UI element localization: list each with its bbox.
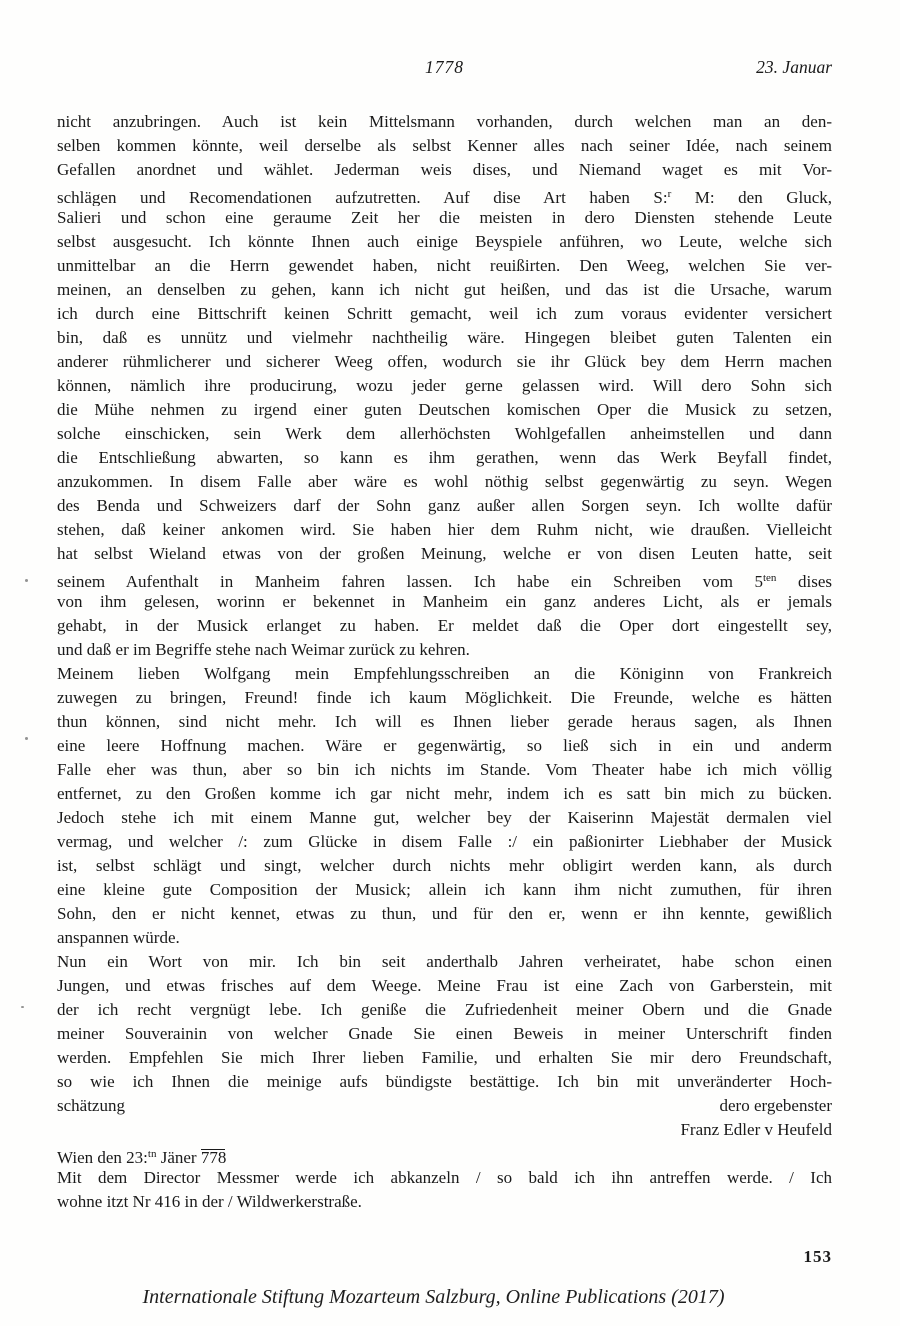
closing-row: schätzung dero ergebenster <box>57 1094 832 1118</box>
text-line: anderer rühmlicherer und sicherer Weeg o… <box>57 350 832 374</box>
running-header: 1778 23. Januar <box>57 55 832 79</box>
text-line: selbst ausgesucht. Ich könnte Ihnen auch… <box>57 230 832 254</box>
text-segment: seinem Aufenthalt in Manheim fahren lass… <box>57 572 763 590</box>
scan-speck <box>25 579 28 582</box>
text-line: gehabt, in der Musick erlanget zu haben.… <box>57 614 832 638</box>
text-line: so wie ich Ihnen die meinige aufs bündig… <box>57 1070 832 1094</box>
text-line: Salieri und schon eine geraume Zeit her … <box>57 206 832 230</box>
text-line: wohne itzt Nr 416 in der / Wildwerkerstr… <box>57 1190 832 1214</box>
text-line: anzukommen. In disem Falle aber wäre es … <box>57 470 832 494</box>
text-line: ist, selbst schlägt und singt, welcher d… <box>57 854 832 878</box>
header-year: 1778 <box>425 55 464 79</box>
text-line: zuwegen zu bringen, Freund! finde ich ka… <box>57 686 832 710</box>
text-line: werden. Empfehlen Sie mich Ihrer lieben … <box>57 1046 832 1070</box>
overlined-text: 778 <box>201 1148 227 1166</box>
text-line: von ihm gelesen, worinn er bekennet in M… <box>57 590 832 614</box>
header-date: 23. Januar <box>756 55 832 79</box>
letter-body: nicht anzubringen. Auch ist kein Mittels… <box>57 110 832 1094</box>
text-line: hat selbst Wieland etwas von der großen … <box>57 542 832 566</box>
text-segment: Jäner <box>156 1148 200 1166</box>
text-line: entfernet, zu den Großen komme ich gar n… <box>57 782 832 806</box>
text-line: ich durch eine Bittschrift keinen Schrit… <box>57 302 832 326</box>
text-line: der ich recht vergnügt lebe. Ich geniße … <box>57 998 832 1022</box>
footer-credit: Internationale Stiftung Mozarteum Salzbu… <box>46 1286 821 1309</box>
valediction: dero ergebenster <box>720 1094 833 1118</box>
text-line: solche einschicken, sein Werk dem allerh… <box>57 422 832 446</box>
text-line: anspannen würde. <box>57 926 832 950</box>
text-column: 1778 23. Januar nicht anzubringen. Auch … <box>57 0 832 1309</box>
text-line: können, nämlich ihre producirung, wozu j… <box>57 374 832 398</box>
text-line: unmittelbar an die Herrn gewendet haben,… <box>57 254 832 278</box>
text-segment: dises <box>776 572 832 590</box>
text-line: schlägen und Recomendationen aufzutrette… <box>57 182 832 206</box>
text-line: die Mühe nehmen zu irgend einer guten De… <box>57 398 832 422</box>
text-line: Wien den 23:tn Jäner 778 <box>57 1142 832 1166</box>
closing-word: schätzung <box>57 1094 125 1118</box>
text-line: vermag, und welcher /: zum Glücke in dis… <box>57 830 832 854</box>
text-line: Nun ein Wort von mir. Ich bin seit ander… <box>57 950 832 974</box>
scan-speck <box>25 737 28 740</box>
text-line: die Entschließung abwarten, so kann es i… <box>57 446 832 470</box>
text-line: eine kleine gute Composition der Musick;… <box>57 878 832 902</box>
signature: Franz Edler v Heufeld <box>57 1118 832 1142</box>
text-line: Jedoch stehe ich mit einem Manne gut, we… <box>57 806 832 830</box>
text-segment: Wien den 23: <box>57 1148 148 1166</box>
text-line: meiner Souverainin von welcher Gnade Sie… <box>57 1022 832 1046</box>
document-page: 1778 23. Januar nicht anzubringen. Auch … <box>0 0 900 1326</box>
text-line: seinem Aufenthalt in Manheim fahren lass… <box>57 566 832 590</box>
superscript-text: ten <box>763 572 776 584</box>
text-line: stehen, daß keiner ankomen wird. Sie hab… <box>57 518 832 542</box>
text-segment: M: den Gluck, <box>671 188 832 206</box>
text-segment: schlägen und Recomendationen aufzutrette… <box>57 188 668 206</box>
letter-postscript: Wien den 23:tn Jäner 778Mit dem Director… <box>57 1142 832 1214</box>
text-line: meinen, an denselben zu gehen, kann ich … <box>57 278 832 302</box>
text-line: Gefallen anordnet und wählet. Jederman w… <box>57 158 832 182</box>
text-line: thun können, sind nicht mehr. Ich will e… <box>57 710 832 734</box>
text-line: Meinem lieben Wolfgang mein Empfehlungss… <box>57 662 832 686</box>
text-line: und daß er im Begriffe stehe nach Weimar… <box>57 638 832 662</box>
text-line: selben kommen könnte, weil derselbe als … <box>57 134 832 158</box>
text-line: des Benda und Schweizers darf der Sohn g… <box>57 494 832 518</box>
text-line: Jungen, und etwas frisches auf dem Weege… <box>57 974 832 998</box>
text-line: Falle eher was thun, aber so bin ich nic… <box>57 758 832 782</box>
text-line: eine leere Hoffnung machen. Wäre er gege… <box>57 734 832 758</box>
scan-speck <box>21 1006 24 1008</box>
text-line: Mit dem Director Messmer werde ich abkan… <box>57 1166 832 1190</box>
page-number: 153 <box>57 1245 832 1269</box>
text-line: Sohn, den er nicht kennet, etwas zu thun… <box>57 902 832 926</box>
text-line: nicht anzubringen. Auch ist kein Mittels… <box>57 110 832 134</box>
text-line: bin, daß es unnütz und vielmehr nachthei… <box>57 326 832 350</box>
